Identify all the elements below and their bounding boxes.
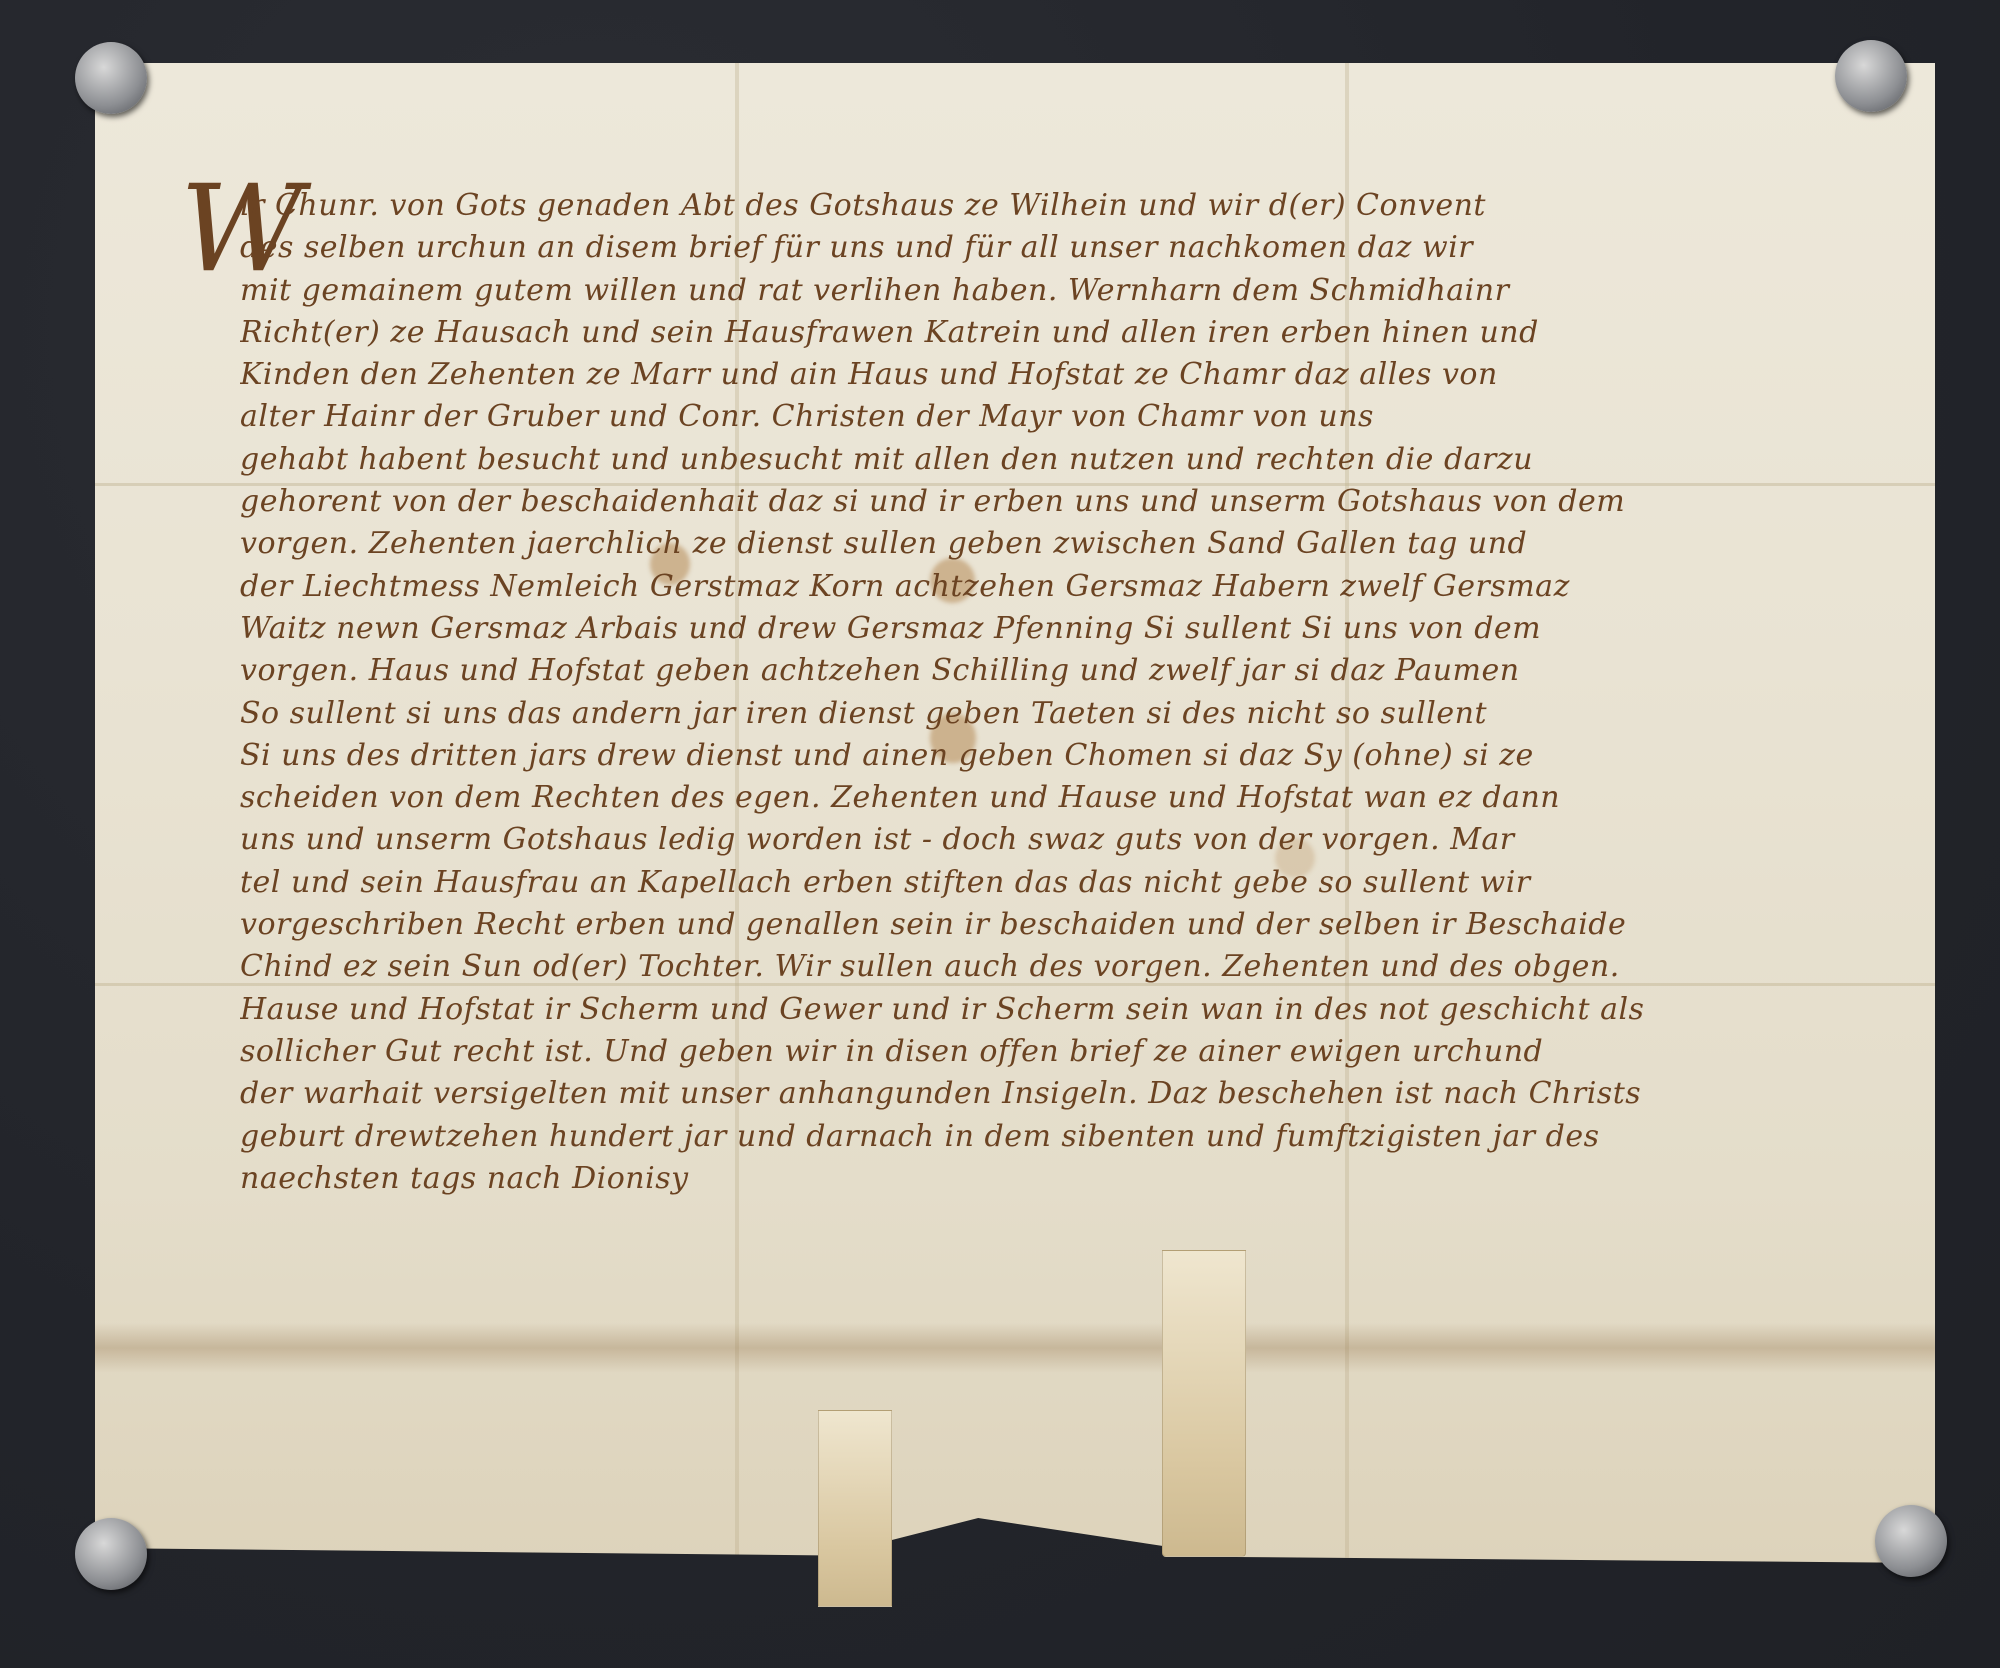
text-line: Richt(er) ze Hausach und sein Hausfrawen… xyxy=(240,312,1780,354)
text-line: alter Hainr der Gruber und Conr. Christe… xyxy=(240,396,1780,438)
text-line: vorgen. Zehenten jaerchlich ze dienst su… xyxy=(240,523,1780,565)
text-line: der warhait versigelten mit unser anhang… xyxy=(240,1073,1780,1115)
seal-tag xyxy=(818,1410,892,1607)
mounting-pin-icon xyxy=(75,1518,147,1590)
text-line: des selben urchun an disem brief für uns… xyxy=(240,227,1780,269)
text-line: mit gemainem gutem willen und rat verlih… xyxy=(240,270,1780,312)
text-line: uns und unserm Gotshaus ledig worden ist… xyxy=(240,819,1780,861)
text-line: ir Chunr. von Gots genaden Abt des Gotsh… xyxy=(240,185,1780,227)
text-line: Chind ez sein Sun od(er) Tochter. Wir su… xyxy=(240,946,1780,988)
mounting-pin-icon xyxy=(1875,1505,1947,1577)
text-line: naechsten tags nach Dionisy xyxy=(240,1158,1780,1200)
text-line: vorgeschriben Recht erben und genallen s… xyxy=(240,904,1780,946)
text-line: Si uns des dritten jars drew dienst und … xyxy=(240,735,1780,777)
text-line: Waitz newn Gersmaz Arbais und drew Gersm… xyxy=(240,608,1780,650)
mounting-pin-icon xyxy=(1835,40,1907,112)
text-line: sollicher Gut recht ist. Und geben wir i… xyxy=(240,1031,1780,1073)
text-line: So sullent si uns das andern jar iren di… xyxy=(240,693,1780,735)
text-line: Kinden den Zehenten ze Marr und ain Haus… xyxy=(240,354,1780,396)
text-line: der Liechtmess Nemleich Gerstmaz Korn ac… xyxy=(240,566,1780,608)
text-line: gehorent von der beschaidenhait daz si u… xyxy=(240,481,1780,523)
charter-text: ir Chunr. von Gots genaden Abt des Gotsh… xyxy=(240,185,1780,1200)
mounting-pin-icon xyxy=(75,42,147,114)
text-line: tel und sein Hausfrau an Kapellach erben… xyxy=(240,862,1780,904)
text-line: vorgen. Haus und Hofstat geben achtzehen… xyxy=(240,650,1780,692)
lower-fold-stain xyxy=(95,1323,1935,1373)
text-line: scheiden von dem Rechten des egen. Zehen… xyxy=(240,777,1780,819)
text-line: gehabt habent besucht und unbesucht mit … xyxy=(240,439,1780,481)
text-line: geburt drewtzehen hundert jar und darnac… xyxy=(240,1116,1780,1158)
seal-tag xyxy=(1162,1250,1246,1557)
text-line: Hause und Hofstat ir Scherm und Gewer un… xyxy=(240,989,1780,1031)
